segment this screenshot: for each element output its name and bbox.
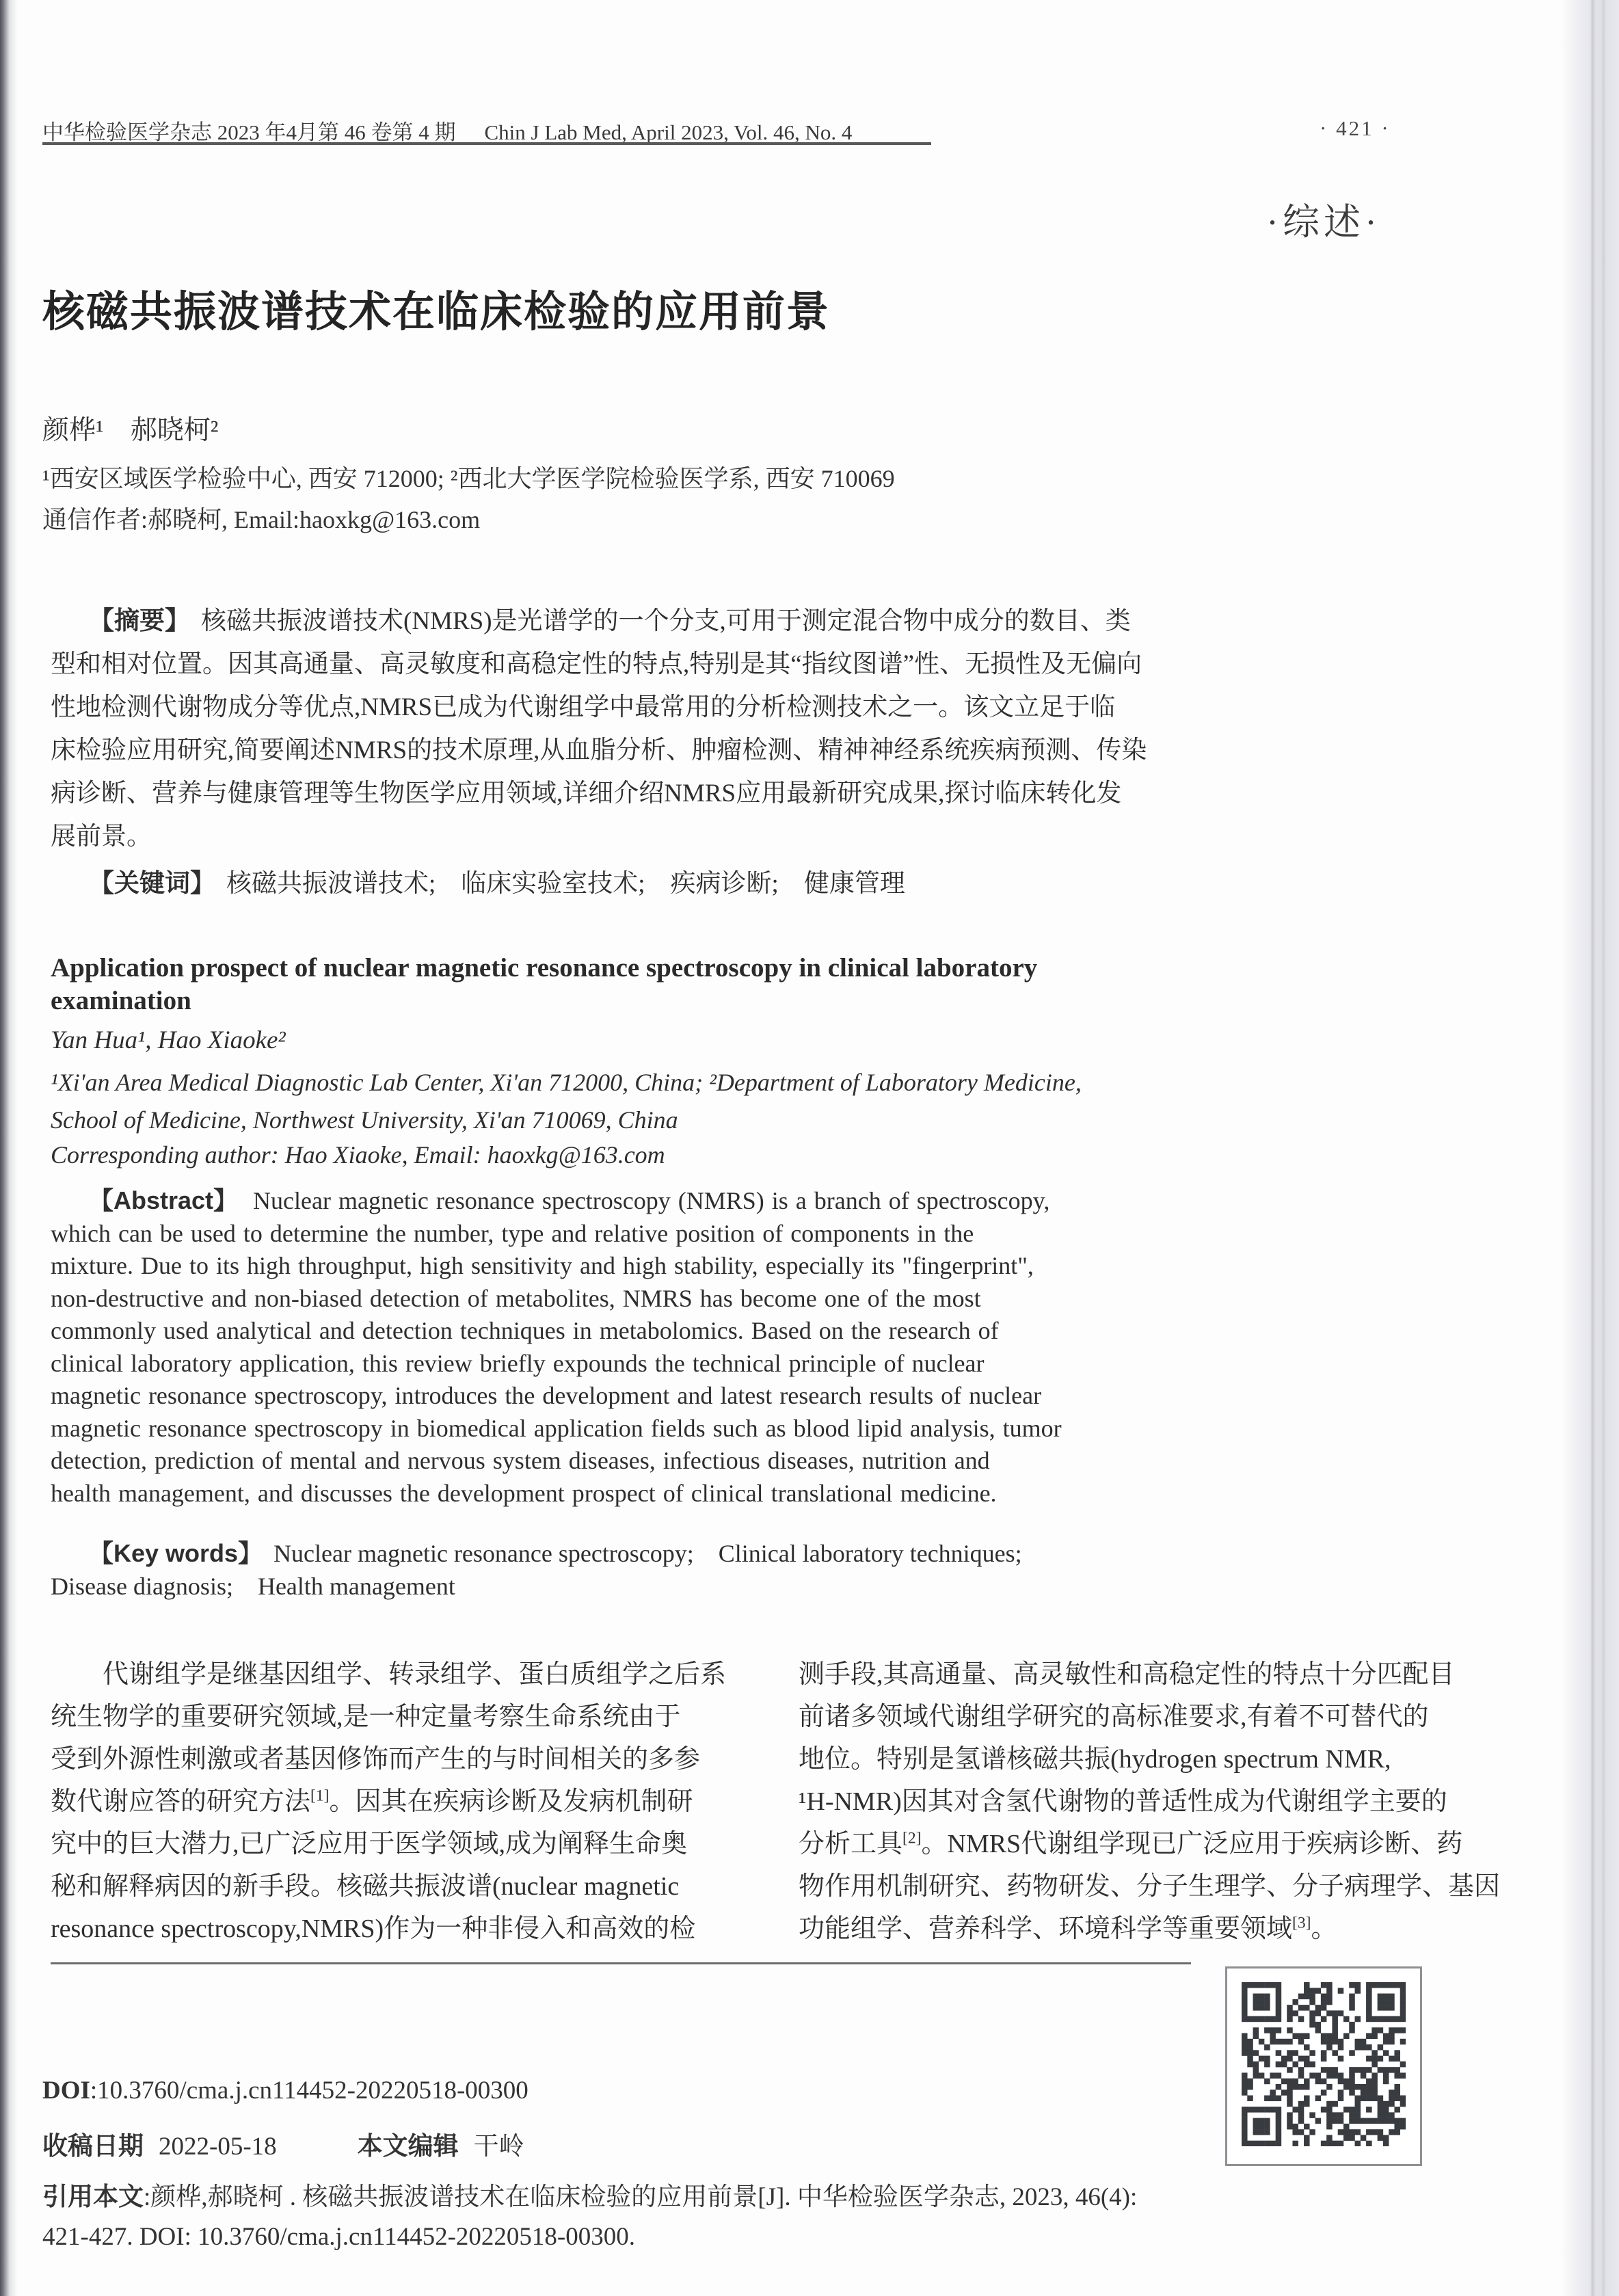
received-label: 收稿日期 [42,2132,144,2160]
en-title-line: Application prospect of nuclear magnetic… [51,952,1037,985]
body-text: 。NMRS代谢组学现已广泛应用于疾病诊断、药 [921,1830,1462,1858]
en-title: Application prospect of nuclear magnetic… [51,952,1037,1017]
body-line: 统生物学的重要研究领域,是一种定量考察生命系统由于 [51,1696,712,1738]
en-abstract-label: 【Abstract】 [89,1186,238,1214]
body-line: 测手段,其高通量、高灵敏性和高稳定性的特点十分匹配目 [799,1653,1460,1696]
citation-text: :颜桦,郝晓柯 . 核磁共振波谱技术在临床检验的应用前景[J]. 中华检验医学杂… [144,2183,1137,2211]
footnote-rule [51,1962,1191,1964]
editor-label: 本文编辑 [358,2132,459,2160]
en-abstract-line: commonly used analytical and detection t… [51,1315,1194,1348]
body-line: resonance spectroscopy,NMRS)作为一种非侵入和高效的检 [51,1908,712,1950]
editor-name: 干岭 [474,2133,524,2161]
body-right-column: 测手段,其高通量、高灵敏性和高稳定性的特点十分匹配目 前诸多领域代谢组学研究的高… [799,1653,1460,1950]
journal-header: 中华检验医学杂志 2023 年4月第 46 卷第 4 期Chin J Lab M… [42,115,852,146]
scan-edge-right [1560,0,1619,2296]
reference-marker: [2] [902,1829,921,1847]
authors: 颜桦¹ 郝晓柯² [42,409,218,447]
received-date: 2022-05-18 [159,2133,277,2161]
scanned-journal-page: 中华检验医学杂志 2023 年4月第 46 卷第 4 期Chin J Lab M… [0,0,1619,2296]
reference-marker: [3] [1292,1914,1311,1932]
cn-abstract-line: 病诊断、营养与健康管理等生物医学应用领域,详细介绍NMRS应用最新研究成果,探讨… [51,772,1186,815]
cn-abstract: 【摘要】核磁共振波谱技术(NMRS)是光谱学的一个分支,可用于测定混合物中成分的… [51,599,1186,905]
citation-label: 引用本文 [42,2182,144,2211]
cn-abstract-line: 【摘要】核磁共振波谱技术(NMRS)是光谱学的一个分支,可用于测定混合物中成分的… [51,599,1186,643]
body-text: 。因其在疾病诊断及发病机制研 [329,1787,693,1816]
en-abstract-line: health management, and discusses the dev… [51,1478,1194,1510]
body-line: 前诸多领域代谢组学研究的高标准要求,有着不可替代的 [799,1696,1460,1738]
cn-abstract-line: 性地检测代谢物成分等优点,NMRS已成为代谢组学中最常用的分析检测技术之一。该文… [51,686,1186,729]
body-line: 功能组学、营养科学、环境科学等重要领域[3]。 [799,1908,1460,1950]
en-abstract-line: magnetic resonance spectroscopy in biome… [51,1413,1194,1445]
header-rule [42,142,931,145]
en-title-line: examination [51,985,1037,1017]
en-abstract-line: clinical laboratory application, this re… [51,1348,1194,1380]
en-abstract-line: 【Abstract】Nuclear magnetic resonance spe… [51,1184,1194,1218]
en-affiliation-line: ¹Xi'an Area Medical Diagnostic Lab Cente… [51,1064,1082,1102]
en-keywords-text: Nuclear magnetic resonance spectroscopy;… [273,1540,1022,1567]
affiliation: ¹西安区域医学检验中心, 西安 712000; ²西北大学医学院检验医学系, 西… [42,459,895,494]
cn-abstract-line: 床检验应用研究,简要阐述NMRS的技术原理,从血脂分析、肿瘤检测、精神神经系统疾… [51,729,1186,772]
doi-label: DOI [42,2077,90,2105]
body-line: 地位。特别是氢谱核磁共振(hydrogen spectrum NMR, [799,1738,1460,1780]
reference-marker: [1] [310,1787,329,1804]
page-number: · 421 · [1320,116,1391,141]
body-line: 受到外源性刺激或者基因修饰而产生的与时间相关的多参 [51,1738,712,1780]
cn-keywords: 【关键词】核磁共振波谱技术; 临床实验室技术; 疾病诊断; 健康管理 [51,862,1186,905]
en-affiliation-line: School of Medicine, Northwest University… [51,1102,1082,1139]
article-title: 核磁共振波谱技术在临床检验的应用前景 [42,278,830,338]
en-authors: Yan Hua¹, Hao Xiaoke² [51,1026,286,1055]
body-text: 功能组学、营养科学、环境科学等重要领域 [799,1914,1292,1943]
body-left-column: 代谢组学是继基因组学、转录组学、蛋白质组学之后系 统生物学的重要研究领域,是一种… [51,1653,712,1950]
scan-edge-left [0,0,18,2296]
en-abstract-line: magnetic resonance spectroscopy, introdu… [51,1380,1194,1413]
body-line: 分析工具[2]。NMRS代谢组学现已广泛应用于疾病诊断、药 [799,1823,1460,1865]
cn-abstract-text: 核磁共振波谱技术(NMRS)是光谱学的一个分支,可用于测定混合物中成分的数目、类 [201,607,1131,635]
doi-value: :10.3760/cma.j.cn114452-20220518-00300 [90,2077,528,2105]
en-keywords: 【Key words】Nuclear magnetic resonance sp… [51,1537,1022,1603]
en-abstract-line: which can be used to determine the numbe… [51,1218,1194,1251]
en-abstract-text: Nuclear magnetic resonance spectroscopy … [253,1187,1049,1214]
cn-abstract-label: 【摘要】 [89,606,190,635]
cn-keywords-label: 【关键词】 [89,869,215,897]
body-line: 数代谢应答的研究方法[1]。因其在疾病诊断及发病机制研 [51,1780,712,1823]
en-abstract-line: non-destructive and non-biased detection… [51,1283,1194,1316]
en-keywords-line: Disease diagnosis; Health management [51,1571,1022,1603]
citation-line: 引用本文:颜桦,郝晓柯 . 核磁共振波谱技术在临床检验的应用前景[J]. 中华检… [42,2176,1137,2213]
cn-keywords-text: 核磁共振波谱技术; 临床实验室技术; 疾病诊断; 健康管理 [226,870,905,898]
body-line: ¹H-NMR)因其对含氢代谢物的普适性成为代谢组学主要的 [799,1780,1460,1823]
scan-edge-streaks [1560,0,1619,2296]
journal-header-en: Chin J Lab Med, April 2023, Vol. 46, No.… [485,120,853,144]
en-keywords-label: 【Key words】 [89,1539,263,1567]
qr-code [1225,1966,1422,2166]
cn-abstract-line: 型和相对位置。因其高通量、高灵敏度和高稳定性的特点,特别是其“指纹图谱”性、无损… [51,643,1186,686]
journal-header-cn: 中华检验医学杂志 2023 年4月第 46 卷第 4 期 [42,120,456,144]
en-abstract-line: mixture. Due to its high throughput, hig… [51,1250,1194,1283]
body-line: 秘和解释病因的新手段。核磁共振波谱(nuclear magnetic [51,1865,712,1908]
en-abstract: 【Abstract】Nuclear magnetic resonance spe… [51,1184,1194,1510]
body-line: 物作用机制研究、药物研发、分子生理学、分子病理学、基因 [799,1865,1460,1908]
en-affiliation: ¹Xi'an Area Medical Diagnostic Lab Cente… [51,1064,1082,1139]
doi-line: DOI:10.3760/cma.j.cn114452-20220518-0030… [42,2076,528,2105]
body-line: 代谢组学是继基因组学、转录组学、蛋白质组学之后系 [51,1653,712,1696]
en-abstract-line: detection, prediction of mental and nerv… [51,1445,1194,1478]
body-line: 究中的巨大潜力,已广泛应用于医学领域,成为阐释生命奥 [51,1823,712,1865]
qr-code-modules [1242,1982,1406,2146]
body-text: 数代谢应答的研究方法 [51,1787,310,1816]
correspondence-line: 通信作者:郝晓柯, Email:haoxkg@163.com [42,500,480,535]
cn-abstract-line: 展前景。 [51,815,1186,858]
citation-line: 421-427. DOI: 10.3760/cma.j.cn114452-202… [42,2222,635,2252]
received-line: 收稿日期2022-05-18本文编辑干岭 [42,2125,524,2162]
section-label: ·综述· [1266,193,1381,245]
en-keywords-line: 【Key words】Nuclear magnetic resonance sp… [51,1537,1022,1571]
body-text: 。 [1311,1914,1337,1943]
en-correspondence: Corresponding author: Hao Xiaoke, Email:… [51,1140,665,1169]
body-text: 分析工具 [799,1830,902,1858]
